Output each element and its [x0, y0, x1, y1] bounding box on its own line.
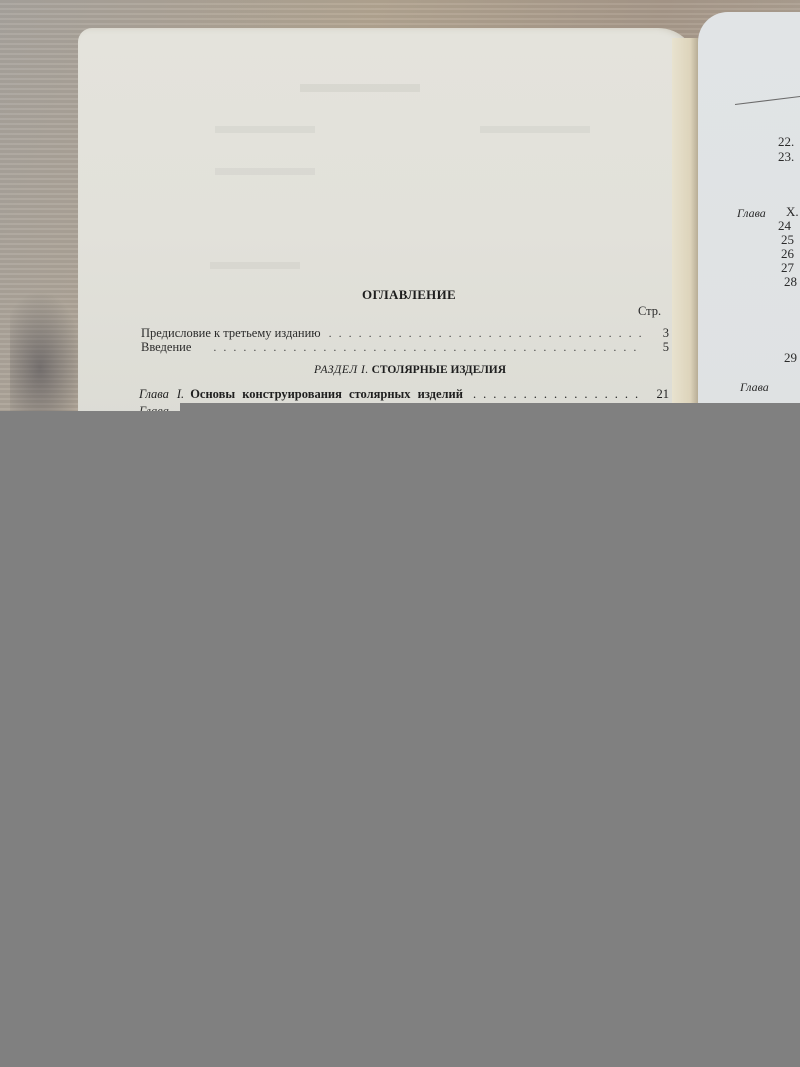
facing-page-number: 22.	[778, 134, 794, 150]
toc-entry-page: 5	[649, 340, 669, 355]
leader-dots: ........................................…	[329, 326, 641, 341]
chapter-title: Основы конструирования столярных изделий	[190, 387, 463, 402]
toc-entry: Введение ...............................…	[141, 340, 669, 354]
facing-page-number: 23.	[778, 149, 794, 165]
section-heading: РАЗДЕЛ I. СТОЛЯРНЫЕ ИЗДЕЛИЯ	[0, 364, 800, 376]
bleed-through-text	[215, 168, 315, 175]
bleed-through-text	[215, 126, 315, 133]
bleed-through-text	[480, 126, 590, 133]
redaction-overlay	[0, 411, 800, 1067]
facing-page-number: 28	[784, 274, 797, 290]
bleed-through-text	[210, 262, 300, 269]
chapter-number: I.	[177, 387, 184, 402]
toc-entry-label: Введение	[141, 340, 191, 355]
section-prefix: РАЗДЕЛ I.	[314, 364, 369, 376]
toc-entry-page: 3	[649, 326, 669, 341]
leader-dots: ........................................…	[213, 340, 641, 355]
toc-chapter-entry: Глава I. Основы конструирования столярны…	[139, 387, 669, 403]
facing-page-number: 29	[784, 350, 797, 366]
facing-page-chapter-prefix: Глава	[737, 206, 766, 221]
chapter-page: 21	[649, 387, 669, 402]
section-title: СТОЛЯРНЫЕ ИЗДЕЛИЯ	[372, 364, 506, 376]
page-column-header: Стр.	[638, 304, 661, 319]
facing-page-chapter-prefix: Глава	[740, 380, 769, 395]
book-page-edge	[672, 38, 698, 418]
chapter-prefix: Глава	[139, 387, 169, 402]
shadow	[10, 290, 85, 420]
toc-entry: Предисловие к третьему изданию .........…	[141, 326, 669, 340]
toc-title: ОГЛАВЛЕНИЕ	[0, 287, 800, 303]
bleed-through-text	[300, 84, 420, 92]
leader-dots: .........................	[473, 387, 643, 402]
toc-entry-label: Предисловие к третьему изданию	[141, 326, 321, 341]
